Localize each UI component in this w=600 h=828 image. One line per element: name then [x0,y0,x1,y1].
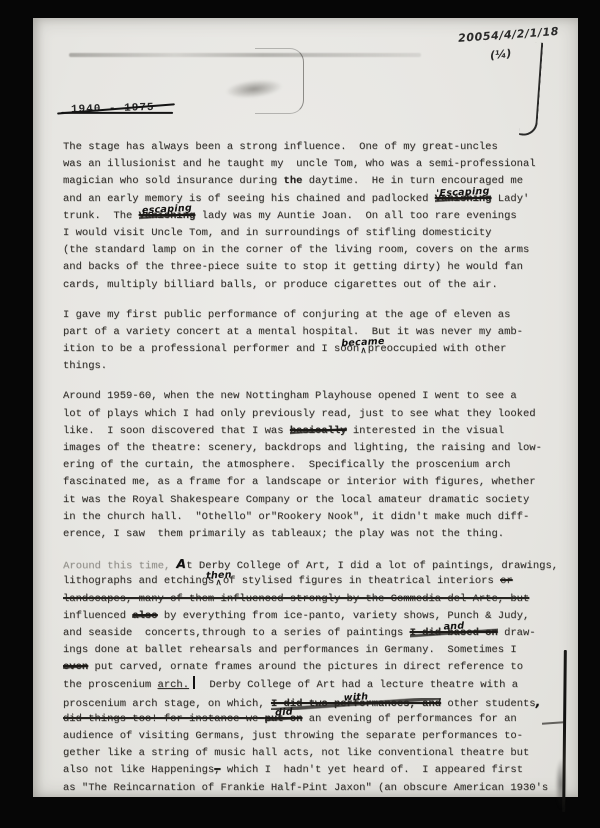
text-line: erence, I saw them primarily as tableaux… [63,526,555,543]
text-line: was an illusionist and he taught my uncl… [63,156,555,173]
annotated-text: I did based onand [410,625,498,642]
text-line: it was the Royal Shakespeare Company or … [63,492,555,509]
text-line: the proscenium arch. Derby College of Ar… [63,676,555,693]
text-line: and an early memory is of seeing his cha… [63,191,555,208]
text-line: Around this time, At Derby College of Ar… [63,556,555,573]
annotated-text: put ondid [265,711,303,728]
text-line: (the standard lamp on in the corner of t… [63,242,555,259]
handwritten-insertion: and [443,621,464,633]
paragraph: Around this time, At Derby College of Ar… [63,556,555,797]
typed-text: interested in the visual [347,425,505,437]
typed-text: and an early memory is of seeing his cha… [63,193,435,205]
text-line: ition to be a professional performer and… [63,341,555,358]
text-line: I would visit Uncle Tom, and in surround… [63,225,555,242]
scribbled-out-text: basically [290,425,347,437]
text-line: I gave my first public performance of co… [63,307,555,324]
text-line: ering of the curtain, the atmosphere. Sp… [63,457,555,474]
typed-text: daytime. He in turn encouraged me [302,175,523,187]
paragraph-bar-mark [193,676,199,689]
typed-text: ition to be a professional performer and… [63,343,359,355]
typed-text: ings done at ballet rehearsals and perfo… [63,644,517,656]
typed-text: by everything from ice-panto, variety sh… [158,610,530,622]
typed-text: it was the Royal Shakespeare Company or … [63,494,529,506]
pen-stroke [519,41,544,136]
document-text: The stage has always been a strong influ… [63,139,555,810]
paragraph: The stage has always been a strong influ… [63,139,555,294]
typed-text: gether like a string of music hall acts,… [63,747,529,759]
typed-text: magician who sold insurance during [63,175,284,187]
typed-text: ering of the curtain, the atmosphere. Sp… [63,459,510,471]
page-fraction: (¼) [489,47,512,62]
text-line: and seaside concerts,through to a series… [63,625,555,642]
typed-text: I gave my first public performance of co… [63,309,510,321]
paragraph: I gave my first public performance of co… [63,307,555,376]
text-line: even put carved, ornate frames around th… [63,659,555,676]
text-line: ings done at ballet rehearsals and perfo… [63,642,555,659]
typed-text: The stage has always been a strong influ… [63,141,498,153]
faded-text: Around this time, [63,560,176,572]
text-line: like. I soon discovered that I was basic… [63,423,555,440]
typed-text: the proscenium [63,679,158,691]
typed-text: lithographs and etchings [63,575,214,587]
typed-text: things. [63,360,107,372]
overtyped-text: the [284,175,303,187]
handwritten-insertion: did [274,707,292,719]
text-line: influenced also by everything from ice-p… [63,608,555,625]
typed-text: draw- [498,627,536,639]
struck-text: or [500,575,513,587]
text-line: The stage has always been a strong influ… [63,139,555,156]
text-line: also not like Happenings, which I hadn't… [63,762,555,779]
struck-date: 1940 - 1975 [71,102,155,116]
typed-text: Lady' [491,193,529,205]
handwritten-mark: A [176,556,186,571]
text-line: proscenium arch stage, on which, I did t… [63,694,555,711]
typed-text: put carved, ornate frames around the pic… [88,661,523,673]
typed-text: fascinated me, as a frame for a landscap… [63,476,536,488]
text-line: trunk. The Vanishingescaping lady was my… [63,208,555,225]
text-line: cards, multiply billiard balls, or produ… [63,277,555,294]
scribbled-out-text: even [63,661,88,673]
typed-text: lot of plays which I had only previously… [63,408,536,420]
typed-text: cards, multiply billiard balls, or produ… [63,279,498,291]
typed-text: trunk. The [63,210,139,222]
text-line: audience of visiting Germans, just throw… [63,728,555,745]
typed-text: lady was my Auntie Joan. On all too rare… [195,210,516,222]
typed-text: I would visit Uncle Tom, and in surround… [63,227,491,239]
handwritten-insertion: with [343,691,368,703]
typed-text: and seaside concerts,through to a series… [63,627,410,639]
strike-line [61,112,173,114]
typed-text: influenced [63,610,132,622]
typed-text: preoccupied with other [368,343,507,355]
struck-text: did things too! for instance we [63,713,265,725]
typed-text: like. I soon discovered that I was [63,425,290,437]
typed-text: t Derby College of Art, I did a lot of p… [186,560,558,572]
text-line: part of a variety concert at a mental ho… [63,324,555,341]
typed-text: an evening of performances for an [302,713,516,725]
typed-text: audience of visiting Germans, just throw… [63,730,523,742]
typed-text: other students [441,698,536,710]
handwritten-mark: , [536,694,541,709]
typed-text: which I hadn't yet heard of. I appeared … [221,764,523,776]
page-edge-fray [555,758,567,810]
smudge-mark [69,53,421,57]
typed-text: also not like Happenings [63,764,214,776]
text-line: lithographs and etchings∧thenof stylised… [63,573,555,590]
annotated-text: Vanishing'Escaping [435,191,492,208]
annotated-text: Vanishingescaping [139,208,196,225]
text-line: lot of plays which I had only previously… [63,406,555,423]
text-line: fascinated me, as a frame for a landscap… [63,474,555,491]
typed-text: part of a variety concert at a mental ho… [63,326,523,338]
typed-text: Around 1959-60, when the new Nottingham … [63,390,517,402]
text-line: things. [63,358,555,375]
struck-text: landscapes, many of them influenced stro… [63,593,529,605]
typed-text: (the standard lamp on in the corner of t… [63,244,529,256]
text-line: Around 1959-60, when the new Nottingham … [63,388,555,405]
typed-text: was an illusionist and he taught my uncl… [63,158,536,170]
typed-text: proscenium arch stage, on which, [63,698,271,710]
typed-text: and backs of the three-piece suite to st… [63,261,523,273]
text-line: in the church hall. "Othello" or"Rookery… [63,509,555,526]
text-line: as "The Reincarnation of Frankie Half-Pi… [63,780,555,797]
paragraph: Around 1959-60, when the new Nottingham … [63,388,555,543]
typed-text: erence, I saw them primarily as tableaux… [63,528,504,540]
scribbled-out-text: also [132,610,157,622]
text-line: did things too! for instance we put ondi… [63,711,555,728]
typed-text: of stylised figures in theatrical interi… [223,575,500,587]
scanned-page: 20054/4/2/1/18 (¼) 1940 - 1975 The stage… [33,18,578,797]
annotated-text: ∧then [214,573,223,590]
annotated-text: ∧became [359,341,368,358]
text-line: images of the theatre: scenery, backdrop… [63,440,555,457]
typed-text: Derby College of Art had a lecture theat… [203,679,518,691]
typed-text: in the church hall. "Othello" or"Rookery… [63,511,529,523]
text-line: landscapes, many of them influenced stro… [63,591,555,608]
text-line: gether like a string of music hall acts,… [63,745,555,762]
underlined-text: arch. [158,679,190,691]
text-line: and backs of the three-piece suite to st… [63,259,555,276]
handwritten-insertion: then [205,569,231,581]
typed-text: as "The Reincarnation of Frankie Half-Pi… [63,782,548,794]
typed-text: images of the theatre: scenery, backdrop… [63,442,542,454]
